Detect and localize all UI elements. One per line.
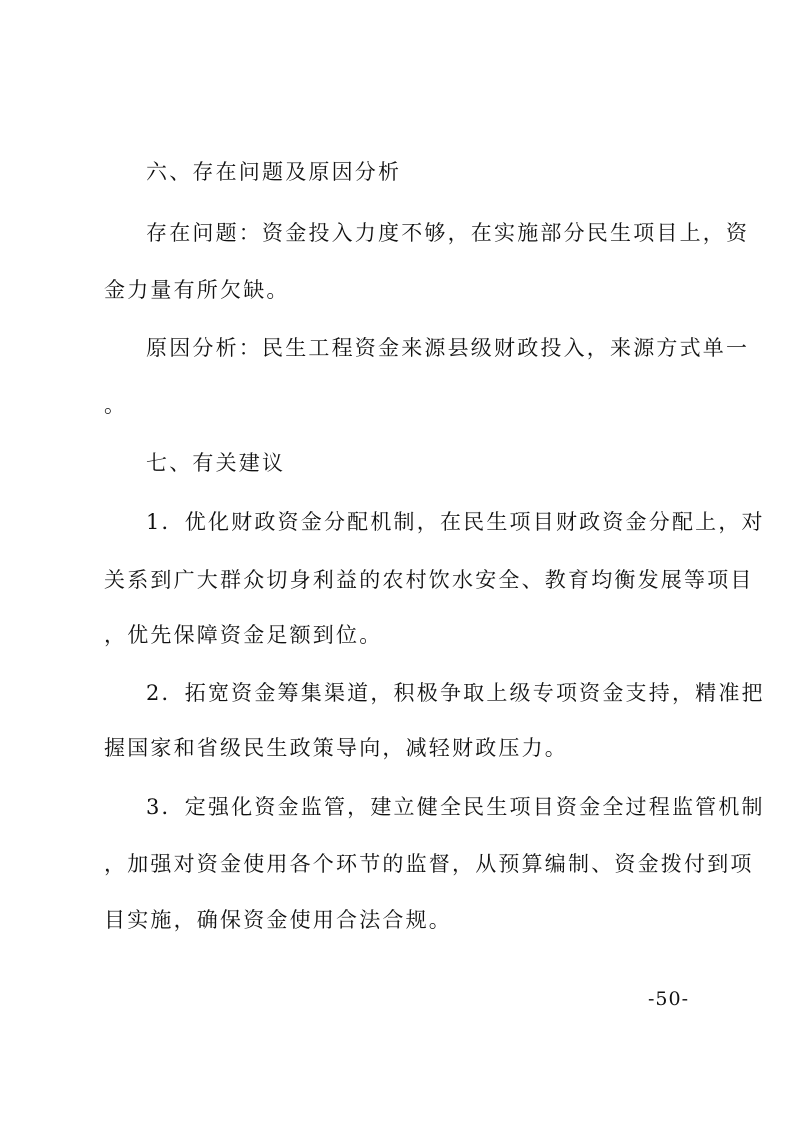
suggestion-1-line-3: ，优先保障资金足额到位。 [104, 621, 382, 649]
problem-paragraph-line-1: 存在问题：资金投入力度不够，在实施部分民生项目上，资 [146, 219, 749, 247]
cause-paragraph-line-2: 。 [104, 391, 127, 419]
section-heading-problems: 六、存在问题及原因分析 [146, 158, 401, 186]
suggestion-3-line-3: 目实施，确保资金使用合法合规。 [104, 906, 452, 934]
section-heading-suggestions: 七、有关建议 [146, 449, 285, 477]
suggestion-2-line-1: 2．拓宽资金筹集渠道，积极争取上级专项资金支持，精准把 [146, 679, 765, 707]
cause-paragraph-line-1: 原因分析：民生工程资金来源县级财政投入，来源方式单一 [146, 334, 749, 362]
problem-paragraph-line-2: 金力量有所欠缺。 [104, 276, 290, 304]
suggestion-1-line-2: 关系到广大群众切身利益的农村饮水安全、教育均衡发展等项目 [104, 566, 754, 594]
suggestion-2-line-2: 握国家和省级民生政策导向，减轻财政压力。 [104, 734, 568, 762]
suggestion-1-line-1: 1．优化财政资金分配机制，在民生项目财政资金分配上，对 [146, 508, 765, 536]
suggestion-3-line-2: ，加强对资金使用各个环节的监督，从预算编制、资金拨付到项 [104, 850, 754, 878]
page-number: -50- [648, 986, 689, 1012]
suggestion-3-line-1: 3．定强化资金监管，建立健全民生项目资金全过程监管机制 [146, 793, 765, 821]
